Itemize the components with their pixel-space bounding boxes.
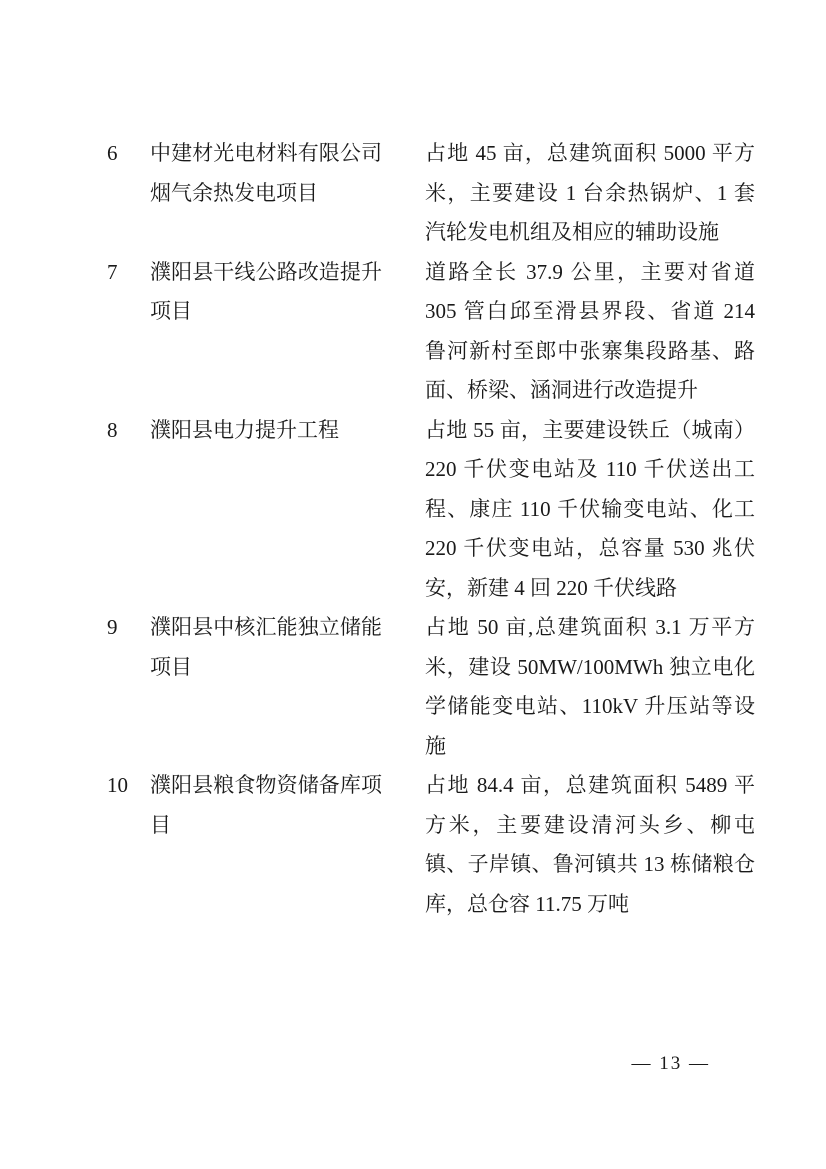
project-index: 6 [107, 134, 150, 174]
project-description: 道路全长 37.9 公里，主要对省道 305 管白邱至滑县界段、省道 214 鲁… [425, 253, 755, 411]
project-index: 7 [107, 253, 150, 293]
project-name: 中建材光电材料有限公司烟气余热发电项目 [150, 134, 382, 213]
page-number: — 13 — [632, 1050, 711, 1078]
table-row: 10 濮阳县粮食物资储备库项目 占地 84.4 亩，总建筑面积 5489 平方米… [107, 766, 755, 924]
project-description: 占地 55 亩，主要建设铁丘（城南）220 千伏变电站及 110 千伏送出工程、… [425, 411, 755, 609]
project-description: 占地 84.4 亩，总建筑面积 5489 平方米，主要建设清河头乡、柳屯镇、子岸… [425, 766, 755, 924]
project-description: 占地 45 亩，总建筑面积 5000 平方米，主要建设 1 台余热锅炉、1 套汽… [425, 134, 755, 253]
project-name: 濮阳县电力提升工程 [150, 411, 382, 451]
project-index: 10 [107, 766, 150, 806]
project-name: 濮阳县中核汇能独立储能项目 [150, 608, 382, 687]
table-row: 8 濮阳县电力提升工程 占地 55 亩，主要建设铁丘（城南）220 千伏变电站及… [107, 411, 755, 609]
project-name: 濮阳县干线公路改造提升项目 [150, 253, 382, 332]
document-page: 6 中建材光电材料有限公司烟气余热发电项目 占地 45 亩，总建筑面积 5000… [0, 0, 826, 1169]
project-name: 濮阳县粮食物资储备库项目 [150, 766, 382, 845]
table-row: 9 濮阳县中核汇能独立储能项目 占地 50 亩,总建筑面积 3.1 万平方米，建… [107, 608, 755, 766]
project-index: 9 [107, 608, 150, 648]
project-index: 8 [107, 411, 150, 451]
table-row: 7 濮阳县干线公路改造提升项目 道路全长 37.9 公里，主要对省道 305 管… [107, 253, 755, 411]
project-table: 6 中建材光电材料有限公司烟气余热发电项目 占地 45 亩，总建筑面积 5000… [107, 134, 755, 924]
project-description: 占地 50 亩,总建筑面积 3.1 万平方米，建设 50MW/100MWh 独立… [425, 608, 755, 766]
table-row: 6 中建材光电材料有限公司烟气余热发电项目 占地 45 亩，总建筑面积 5000… [107, 134, 755, 253]
